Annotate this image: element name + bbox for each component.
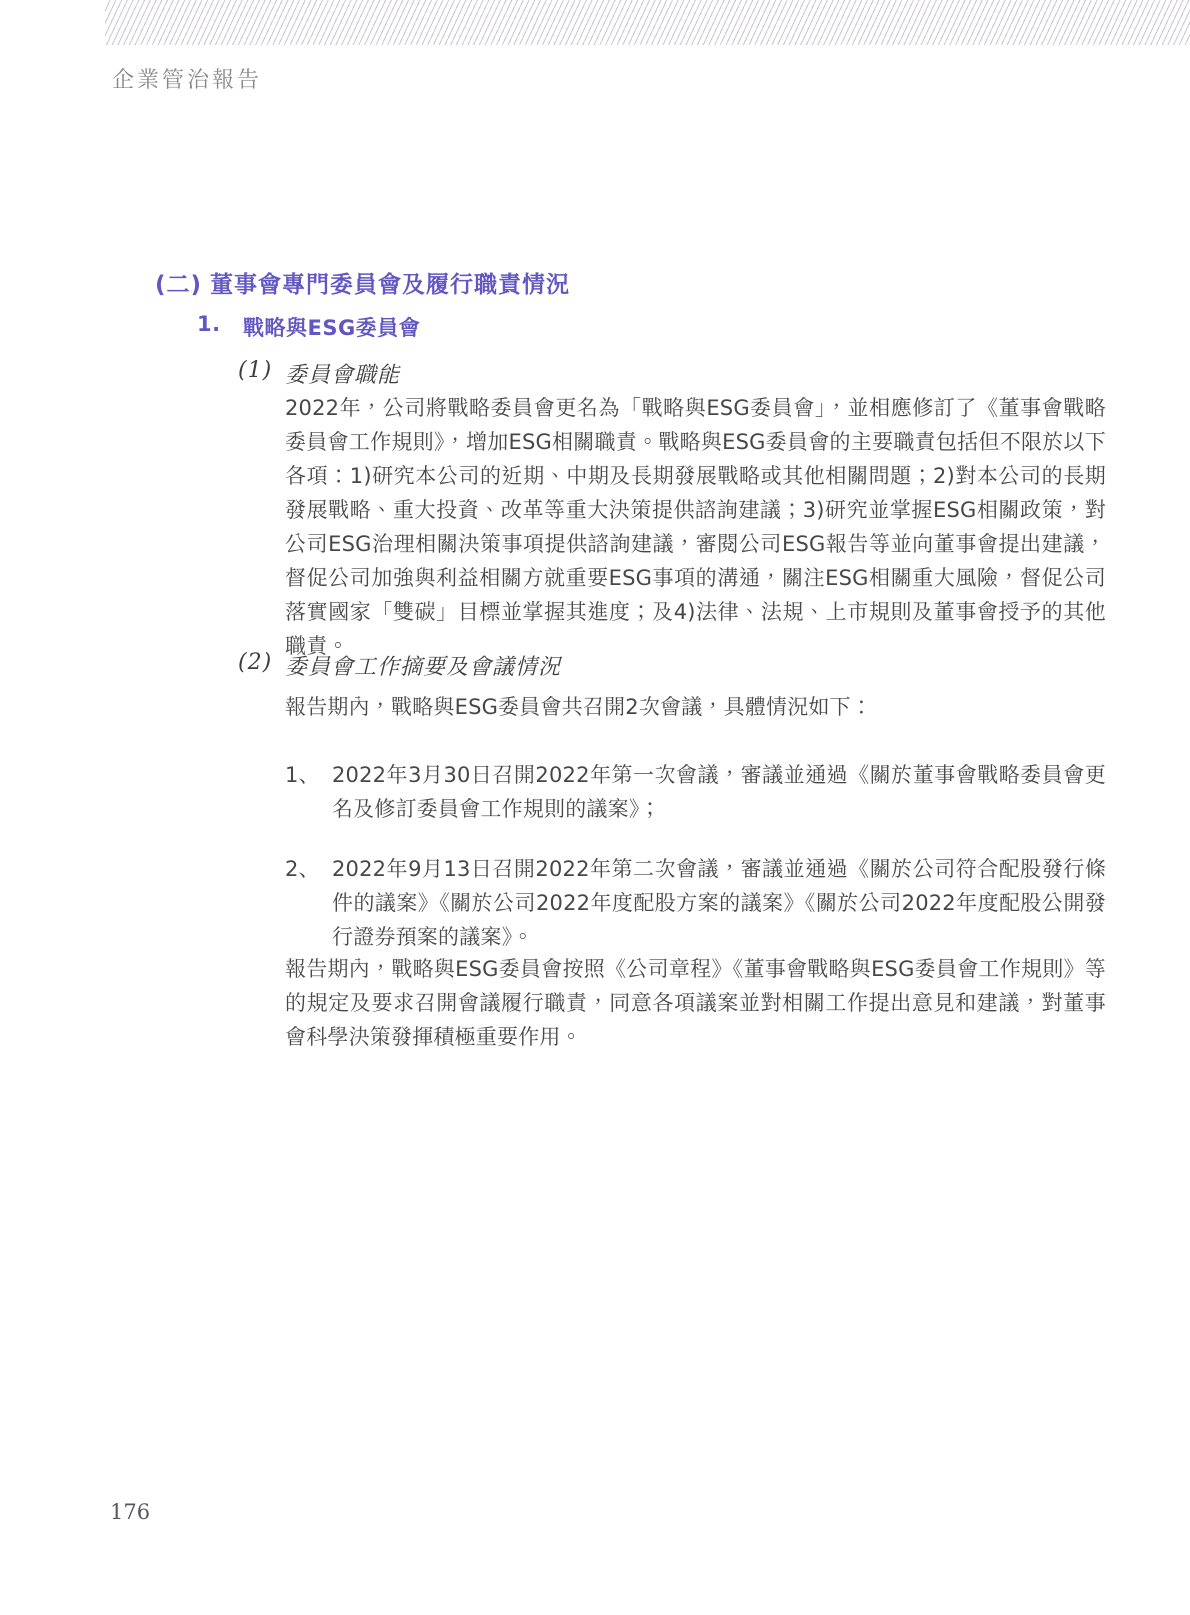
section-title: 董事會專門委員會及履行職責情況 <box>210 266 570 299</box>
meetings-intro-paragraph: 報告期內，戰略與ESG委員會共召開2次會議，具體情況如下： <box>285 690 1106 724</box>
subsection-heading: 1. 戰略與ESG委員會 <box>197 312 420 342</box>
committee-summary-paragraph: 報告期內，戰略與ESG委員會按照《公司章程》《董事會戰略與ESG委員會工作規則》… <box>285 952 1106 1054</box>
section-marker: (二) <box>155 266 202 299</box>
meeting-2-text: 2022年9月13日召開2022年第二次會議，審議並通過《關於公司符合配股發行條… <box>332 852 1106 954</box>
part2-marker: (2) <box>238 650 285 681</box>
part1-heading: (1) 委員會職能 <box>238 358 400 389</box>
meeting-2-marker: 2、 <box>285 852 332 954</box>
page-number: 176 <box>110 1500 150 1524</box>
meeting-list-item: 1、 2022年3月30日召開2022年第一次會議，審議並通過《關於董事會戰略委… <box>285 758 1106 826</box>
subsection-number: 1. <box>197 312 243 342</box>
subsection-title: 戰略與ESG委員會 <box>243 312 420 342</box>
meeting-1-marker: 1、 <box>285 758 332 826</box>
section-heading: (二) 董事會專門委員會及履行職責情況 <box>155 266 570 299</box>
part1-title: 委員會職能 <box>285 358 400 389</box>
committee-functions-paragraph: 2022年，公司將戰略委員會更名為「戰略與ESG委員會」，並相應修訂了《董事會戰… <box>285 391 1106 663</box>
part2-title: 委員會工作摘要及會議情況 <box>285 650 561 681</box>
meeting-1-text: 2022年3月30日召開2022年第一次會議，審議並通過《關於董事會戰略委員會更… <box>332 758 1106 826</box>
report-page: 企業管治報告 (二) 董事會專門委員會及履行職責情況 1. 戰略與ESG委員會 … <box>0 0 1190 1615</box>
meeting-list-item: 2、 2022年9月13日召開2022年第二次會議，審議並通過《關於公司符合配股… <box>285 852 1106 954</box>
part2-heading: (2) 委員會工作摘要及會議情況 <box>238 650 561 681</box>
document-header-title: 企業管治報告 <box>112 63 262 94</box>
part1-marker: (1) <box>238 358 285 389</box>
hatched-banner-decoration <box>105 0 1190 45</box>
